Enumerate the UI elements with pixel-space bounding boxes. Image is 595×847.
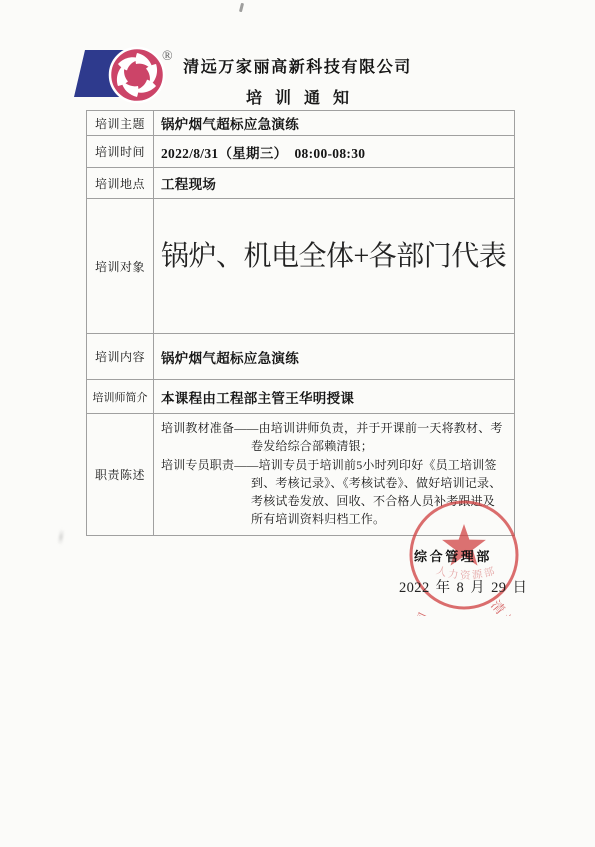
row-label-location: 培训地点 [87,168,154,199]
table-row: 培训内容 锅炉烟气超标应急演练 [87,334,515,380]
duty-item-materials: 培训教材准备——由培训讲师负责，并于开课前一天将教材、考卷发给综合部赖清银； [161,419,506,456]
row-label-audience: 培训对象 [87,199,154,334]
table-row: 培训对象 锅炉、机电全体+各部门代表 [87,199,515,334]
scan-smudge [58,529,64,545]
table-row: 培训时间 2022/8/31（星期三） 08:00-08:30 [87,136,515,168]
row-label-time: 培训时间 [87,136,154,168]
issuing-department: 综合管理部 [414,546,492,565]
row-value-topic: 锅炉烟气超标应急演练 [154,111,515,136]
table-row: 培训主题 锅炉烟气超标应急演练 [87,111,515,136]
table-row: 培训师简介 本课程由工程部主管王华明授课 [87,380,515,414]
scan-artifact-mark [239,3,244,12]
row-value-time: 2022/8/31（星期三） 08:00-08:30 [154,136,515,168]
row-value-content: 锅炉烟气超标应急演练 [154,334,515,380]
table-row: 培训地点 工程现场 [87,168,515,199]
row-value-trainer: 本课程由工程部主管王华明授课 [154,380,515,414]
row-label-topic: 培训主题 [87,111,154,136]
page-title: 培训通知 [0,85,595,108]
company-name: 清远万家丽高新科技有限公司 [0,54,595,77]
row-label-duty: 职责陈述 [87,414,154,536]
document-page: ® 清远万家丽高新科技有限公司 培训通知 培训主题 锅炉烟气超标应急演练 培训时… [0,0,595,847]
row-label-content: 培训内容 [87,334,154,380]
training-notice-table: 培训主题 锅炉烟气超标应急演练 培训时间 2022/8/31（星期三） 08:0… [86,110,515,536]
row-value-audience: 锅炉、机电全体+各部门代表 [154,199,515,334]
row-value-location: 工程现场 [154,168,515,199]
row-label-trainer: 培训师简介 [87,380,154,414]
issue-date: 2022 年 8 月 29 日 [399,576,527,597]
